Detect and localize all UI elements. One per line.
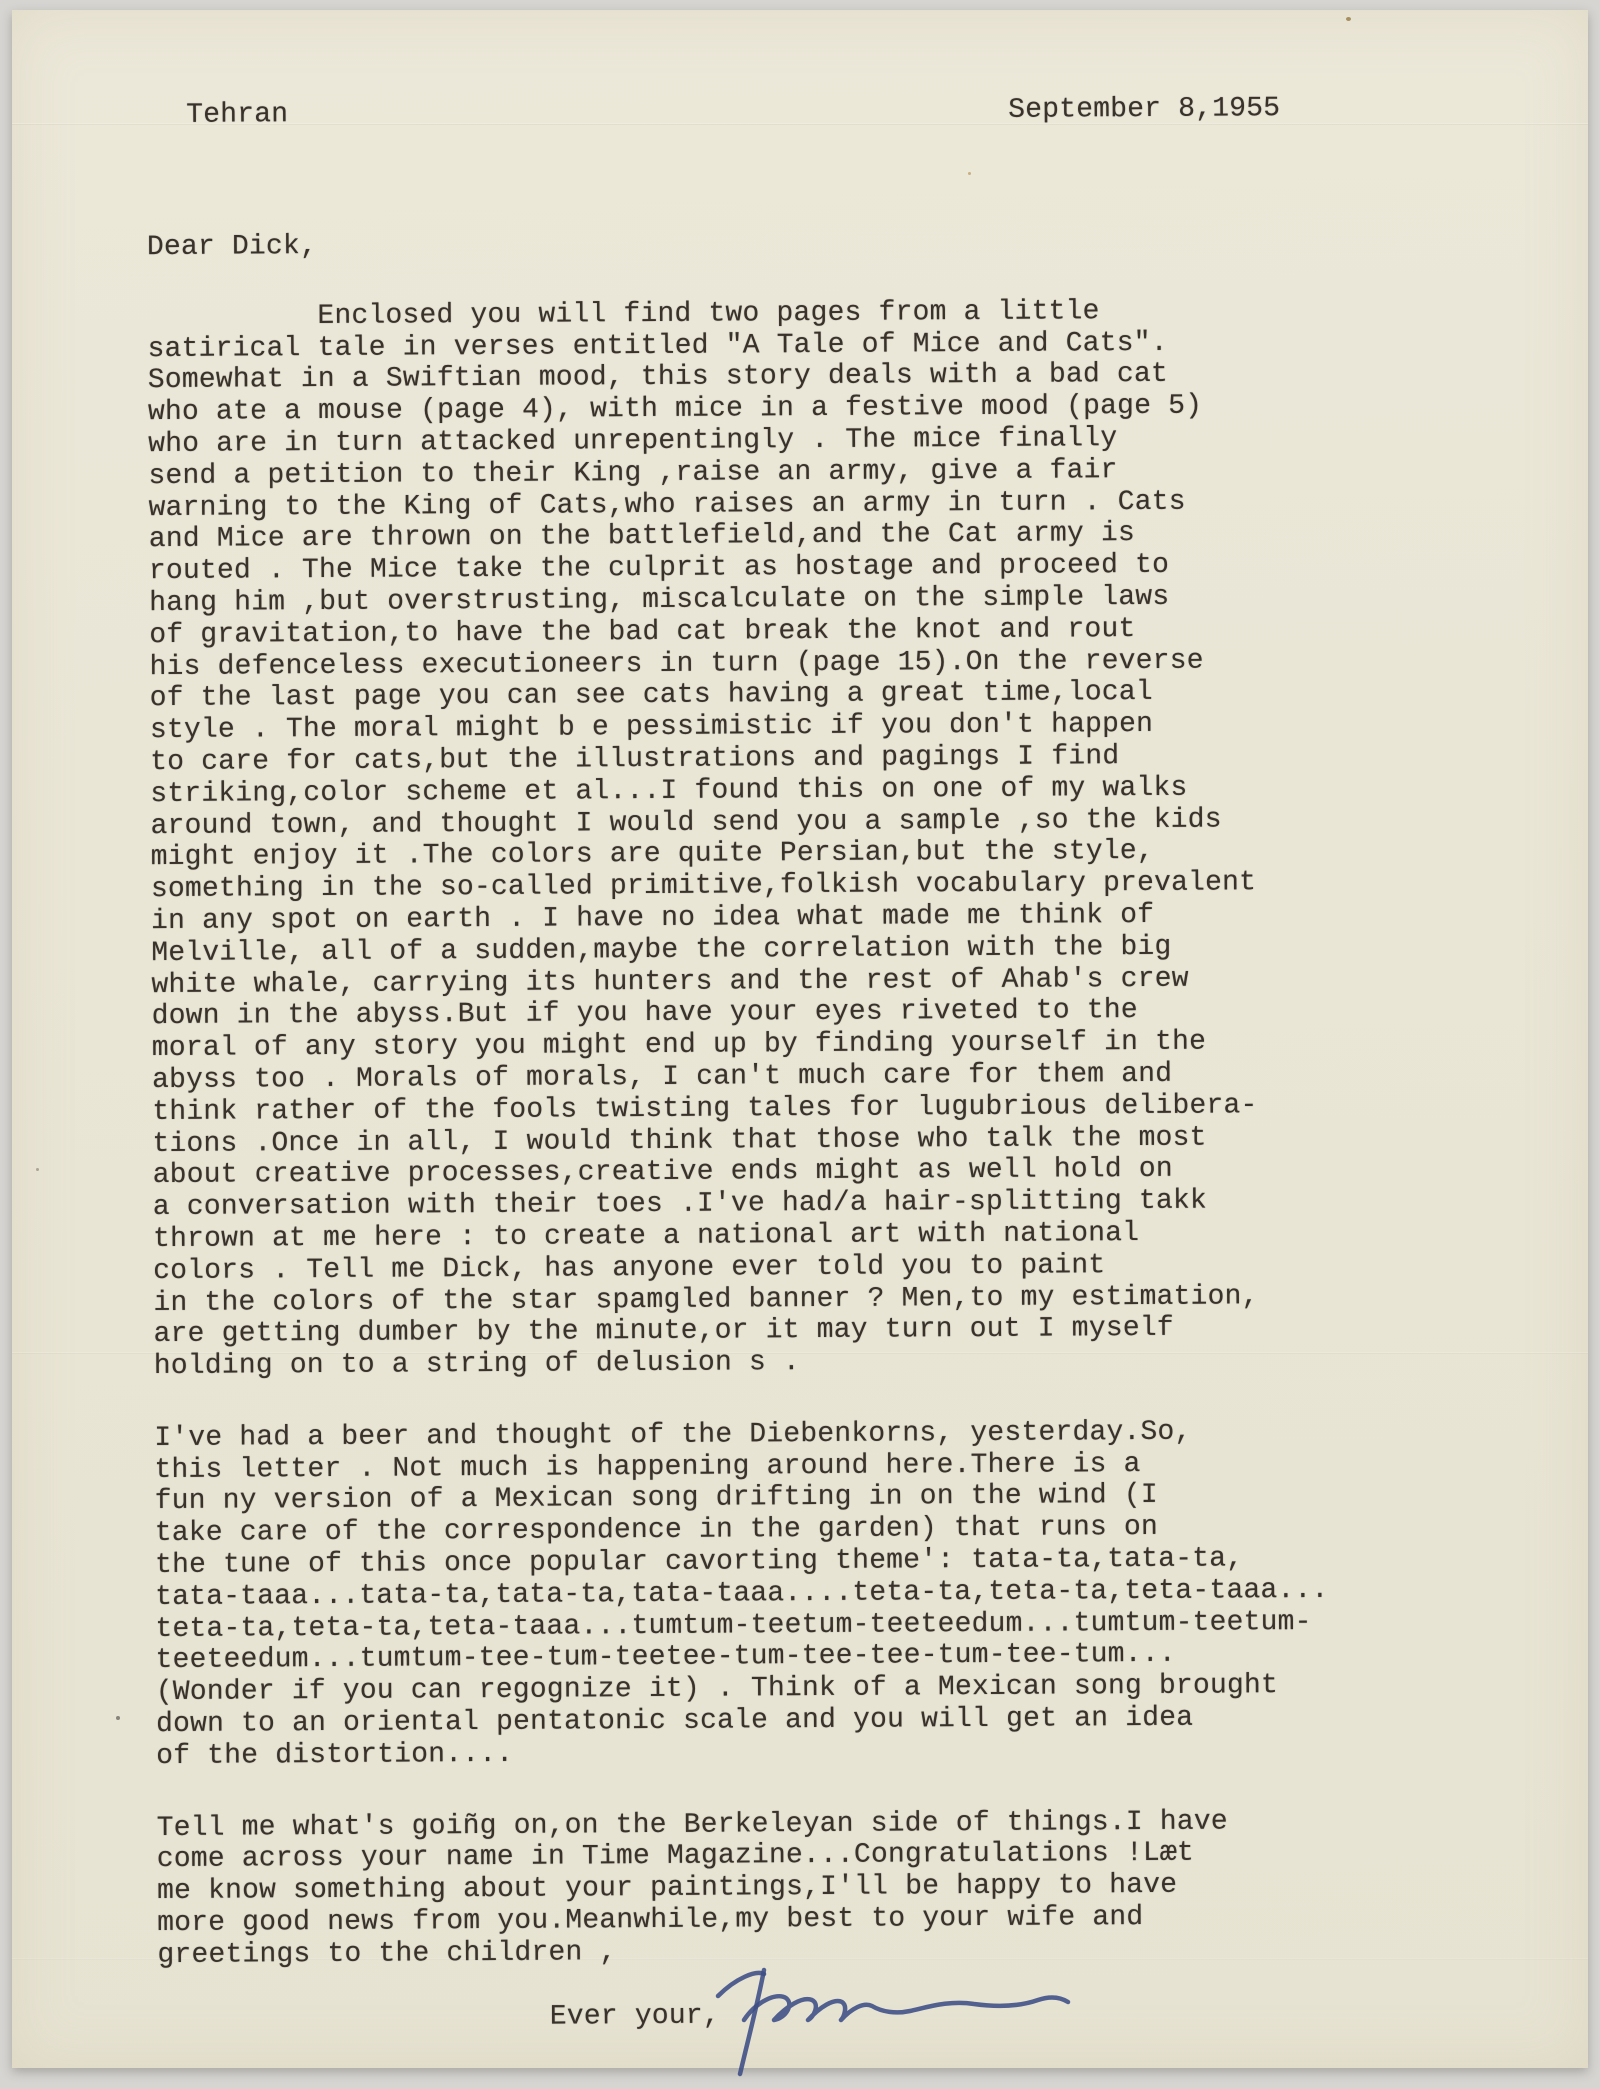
letter-paragraph-2: I've had a beer and thought of the Diebe…: [154, 1415, 1486, 1773]
paper-speck: [116, 1716, 120, 1720]
letter-place: Tehran: [186, 99, 288, 131]
letter-paragraph-1: Enclosed you will find two pages from a …: [147, 294, 1484, 1383]
photographed-letter-scan: { "colors":{ "background":"#d6d5d2", "pa…: [0, 0, 1600, 2089]
letter-salutation: Dear Dick,: [147, 224, 1477, 264]
letter-paragraph-3: Tell me what's goiñg on,on the Berkeleya…: [157, 1805, 1488, 1972]
letter-date: September 8,1955: [1008, 93, 1280, 126]
paper-speck: [1346, 17, 1351, 21]
letter-header: Tehran September 8,1955: [146, 92, 1476, 132]
handwritten-signature-blue-ink: [640, 1962, 1110, 2080]
typewritten-letter-body: Tehran September 8,1955 Dear Dick, Enclo…: [146, 92, 1488, 2036]
paper-speck: [36, 1168, 39, 1171]
